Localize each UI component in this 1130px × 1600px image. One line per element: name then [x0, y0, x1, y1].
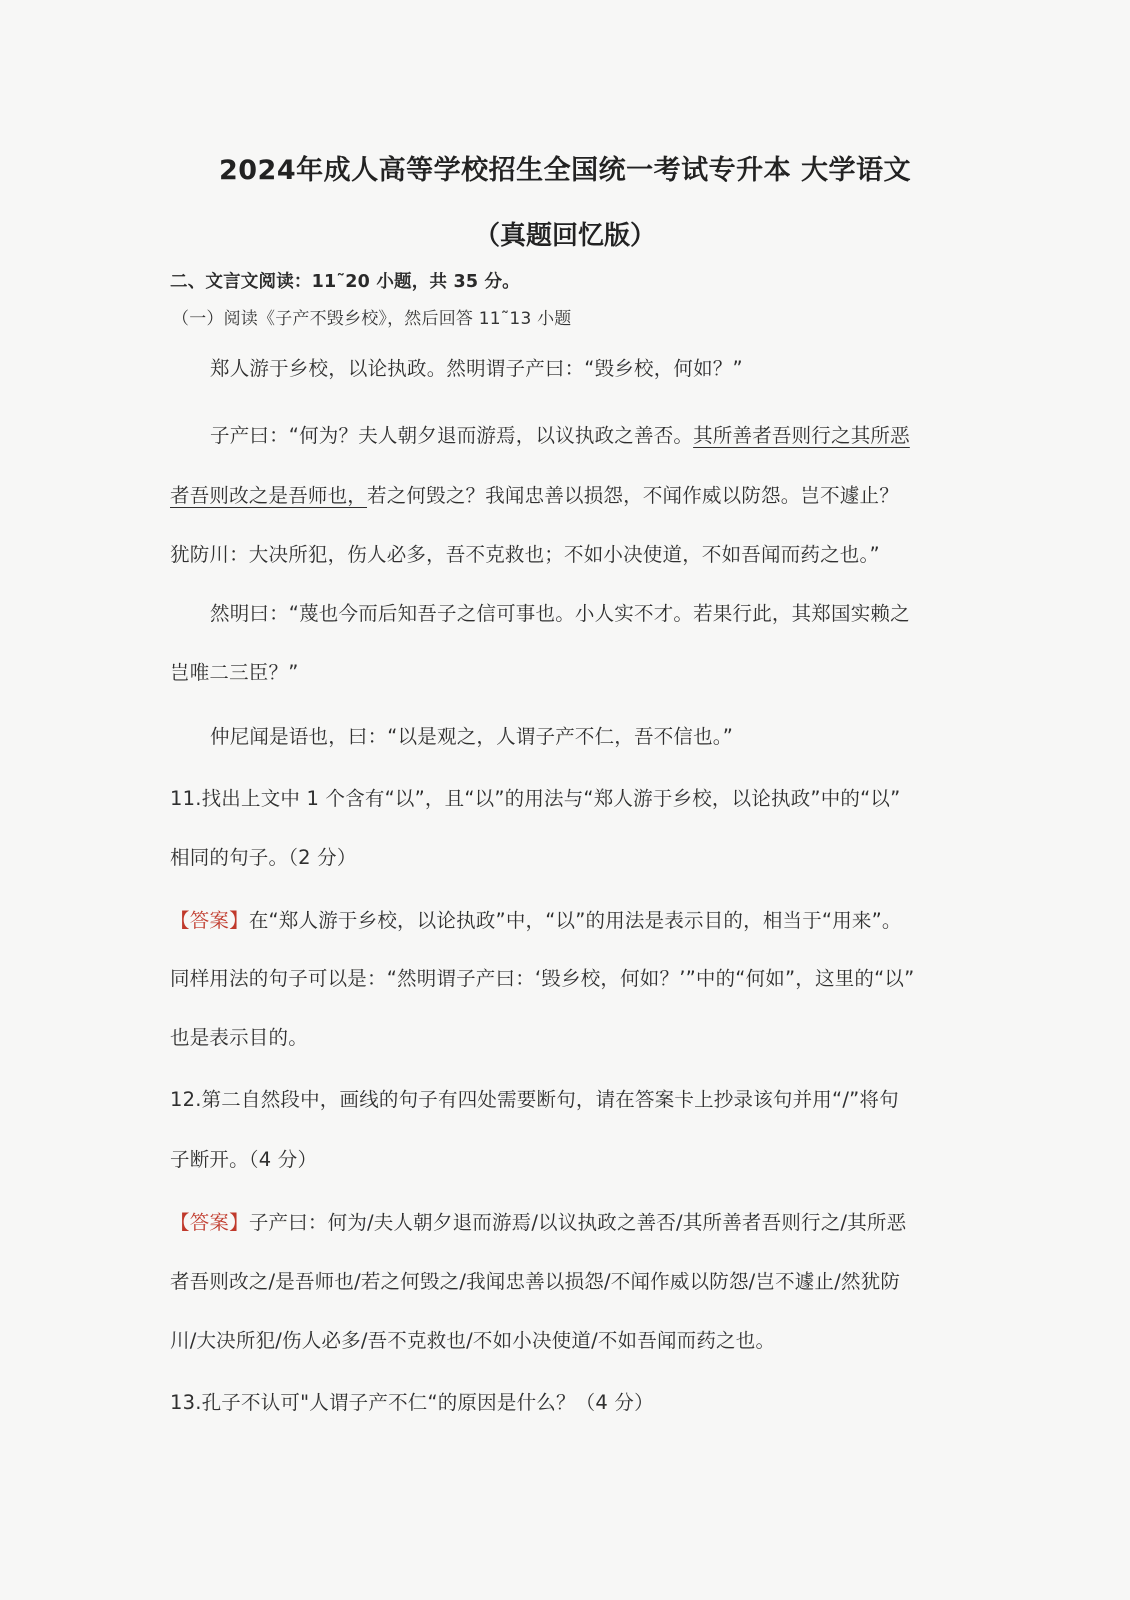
- question-11-answer-line-1: 【答案】在“郑人游于乡校，以论执政”中，“以”的用法是表示目的，相当于“用来”。: [170, 905, 902, 933]
- answer-label: 【答案】: [170, 1211, 249, 1234]
- passage-paragraph-3-line-1: 然明曰：“蔑也今而后知吾子之信可事也。小人实不才。若果行此，其郑国实赖之: [210, 598, 910, 626]
- question-11-line-1: 11.找出上文中 1 个含有“以”，且“以”的用法与“郑人游于乡校，以论执政”中…: [170, 783, 900, 811]
- passage-text: 若之何毁之？我闻忠善以损怨，不闻作威以防怨。岂不遽止？: [367, 484, 899, 507]
- passage-paragraph-2-line-1: 子产曰：“何为？夫人朝夕退而游焉，以议执政之善否。其所善者吾则行之其所恶: [210, 420, 910, 448]
- question-11-line-2: 相同的句子。（2 分）: [170, 842, 357, 870]
- section-heading: 二、文言文阅读：11˜20 小题，共 35 分。: [170, 268, 520, 293]
- underlined-sentence: 其所善者吾则行之其所恶: [693, 424, 910, 447]
- question-13-line-1: 13.孔子不认可"人谓子产不仁“的原因是什么？（4 分）: [170, 1387, 654, 1415]
- answer-text: 子产曰：何为/夫人朝夕退而游焉/以议执政之善否/其所善者吾则行之/其所恶: [249, 1211, 906, 1234]
- passage-paragraph-2-line-3: 犹防川：大决所犯，伤人必多，吾不克救也；不如小决使道，不如吾闻而药之也。”: [170, 539, 880, 567]
- answer-label: 【答案】: [170, 909, 249, 932]
- exam-page: 2024年成人高等学校招生全国统一考试专升本 大学语文 （真题回忆版） 二、文言…: [0, 0, 1130, 1600]
- answer-text: 在“郑人游于乡校，以论执政”中，“以”的用法是表示目的，相当于“用来”。: [249, 909, 902, 932]
- question-12-answer-line-3: 川/大决所犯/伤人必多/吾不克救也/不如小决使道/不如吾闻而药之也。: [170, 1325, 775, 1353]
- page-subtitle: （真题回忆版）: [0, 215, 1130, 252]
- underlined-sentence: 者吾则改之是吾师也，: [170, 484, 367, 507]
- passage-heading: （一）阅读《子产不毁乡校》，然后回答 11˜13 小题: [172, 304, 571, 329]
- question-12-line-1: 12.第二自然段中，画线的句子有四处需要断句，请在答案卡上抄录该句并用“/”将句: [170, 1084, 899, 1112]
- question-11-answer-line-2: 同样用法的句子可以是：“然明谓子产曰：‘毁乡校，何如？’”中的“何如”，这里的“…: [170, 963, 914, 991]
- page-title: 2024年成人高等学校招生全国统一考试专升本 大学语文: [0, 148, 1130, 187]
- passage-paragraph-1: 郑人游于乡校，以论执政。然明谓子产曰：“毁乡校，何如？”: [210, 353, 743, 381]
- question-12-answer-line-2: 者吾则改之/是吾师也/若之何毁之/我闻忠善以损怨/不闻作威以防怨/岂不遽止/然犹…: [170, 1266, 900, 1294]
- passage-text: 子产曰：“何为？夫人朝夕退而游焉，以议执政之善否。: [210, 424, 693, 447]
- question-12-answer-line-1: 【答案】子产曰：何为/夫人朝夕退而游焉/以议执政之善否/其所善者吾则行之/其所恶: [170, 1207, 906, 1235]
- question-11-answer-line-3: 也是表示目的。: [170, 1022, 308, 1050]
- passage-paragraph-2-line-2: 者吾则改之是吾师也，若之何毁之？我闻忠善以损怨，不闻作威以防怨。岂不遽止？: [170, 480, 899, 508]
- question-12-line-2: 子断开。（4 分）: [170, 1144, 317, 1172]
- passage-paragraph-3-line-2: 岂唯二三臣？”: [170, 657, 299, 685]
- passage-paragraph-4: 仲尼闻是语也，曰：“以是观之，人谓子产不仁，吾不信也。”: [210, 721, 733, 749]
